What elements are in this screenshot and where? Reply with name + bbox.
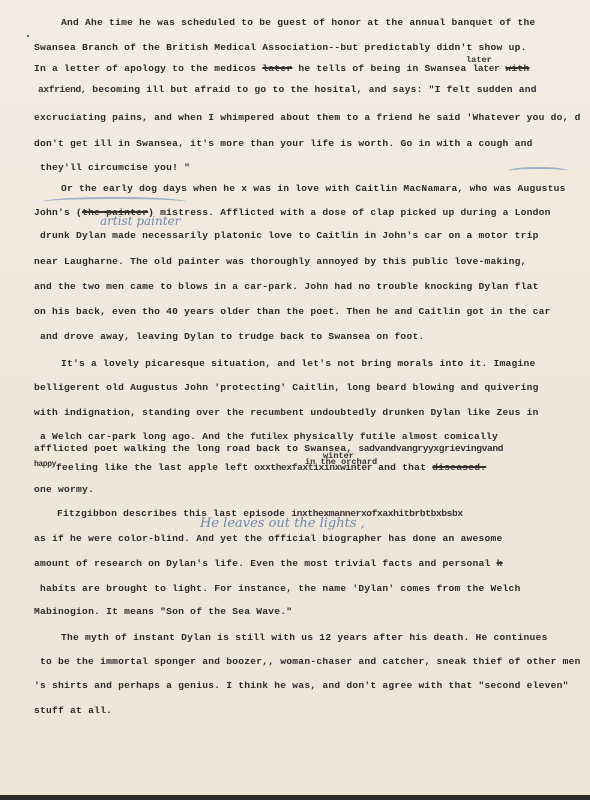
text-line: belligerent old Augustus John 'protectin…: [34, 382, 539, 393]
text-line: Or the early dog days when he x was in l…: [61, 183, 566, 194]
xed-out-phrase: sadvandvangryyxgrievingvand: [358, 443, 503, 454]
text-line: and drove away, leaving Dylan to trudge …: [40, 331, 424, 342]
pen-mark: [508, 167, 568, 175]
text-line: drunk Dylan made necessarily platonic lo…: [40, 230, 539, 241]
document-page: And Ahe time he was scheduled to be gues…: [0, 0, 590, 795]
text-segment: ) mistress. Afflicted with a dose of cla…: [148, 207, 550, 218]
ink-speck: [27, 35, 29, 37]
text-line: stuff at all.: [34, 705, 112, 716]
text-line: afflicted poet walking the long road bac…: [34, 443, 503, 454]
text-segment: a Welch car-park long ago. And the: [40, 431, 244, 442]
struck-word: diseased.: [432, 462, 486, 473]
text-line: as if he were color-blind. And yet the o…: [34, 533, 503, 544]
scan-edge: [0, 795, 590, 800]
text-line: It's a lovely picaresque situation, and …: [61, 358, 536, 369]
text-line: Mabinogion. It means "Son of the Sea Wav…: [34, 606, 292, 617]
text-line: a Welch car-park long ago. And the futil…: [40, 431, 498, 442]
pen-mark: [42, 197, 187, 207]
text-line: happyfeeling like the last apple left ox…: [34, 462, 486, 473]
text-segment: and that: [378, 462, 426, 473]
text-segment: John's (: [34, 207, 82, 218]
text-line: habits are brought to light. For instanc…: [40, 583, 521, 594]
xed-out-word: happy: [34, 460, 56, 469]
text-segment: amount of research on Dylan's life. Even…: [34, 558, 491, 569]
text-line: and the two men came to blows in a car-p…: [34, 281, 539, 292]
xed-out-word: later: [473, 63, 500, 74]
text-segment: afflicted poet walking the long road bac…: [34, 443, 352, 454]
handwritten-annotation: artist painter: [100, 214, 180, 228]
text-segment: physically futile almost comically: [294, 431, 498, 442]
xed-out-word: futilex: [250, 431, 288, 442]
xed-out-word: axfriend,: [38, 84, 86, 95]
text-line: near Laugharne. The old painter was thor…: [34, 256, 527, 267]
text-segment: In a letter of apology to the medicos: [34, 63, 256, 74]
struck-word: later: [262, 63, 292, 74]
text-segment: feeling like the last apple left: [56, 462, 248, 473]
text-line: with indignation, standing over the recu…: [34, 407, 539, 418]
text-line: to be the immortal sponger and boozer,, …: [40, 656, 581, 667]
text-line: Swansea Branch of the British Medical As…: [34, 42, 527, 53]
text-line: The myth of instant Dylan is still with …: [61, 632, 548, 643]
struck-word: with: [505, 63, 529, 74]
text-line: 's shirts and perhaps a genius. I think …: [34, 680, 569, 691]
text-line: amount of research on Dylan's life. Even…: [34, 558, 503, 569]
handwritten-annotation: He leaves out the lights ,: [200, 516, 365, 531]
text-line: In a letter of apology to the medicos la…: [34, 63, 529, 74]
text-line: one wormy.: [34, 484, 94, 495]
struck-letter: k: [497, 558, 503, 569]
text-line: And Ahe time he was scheduled to be gues…: [61, 17, 536, 28]
text-segment: he tells of being in Swansea: [298, 63, 466, 74]
xed-out-phrase: oxxthexfaxtixinxwinter: [254, 462, 372, 473]
text-line: don't get ill in Swansea, it's more than…: [34, 138, 533, 149]
text-line: they'll circumcise you! ": [40, 162, 190, 173]
text-segment: becoming ill but afraid to go to the hos…: [92, 84, 537, 95]
text-line: excruciating pains, and when I whimpered…: [34, 112, 581, 123]
text-line: on his back, even tho 40 years older tha…: [34, 306, 551, 317]
text-line: axfriend, becoming ill but afraid to go …: [38, 84, 537, 95]
